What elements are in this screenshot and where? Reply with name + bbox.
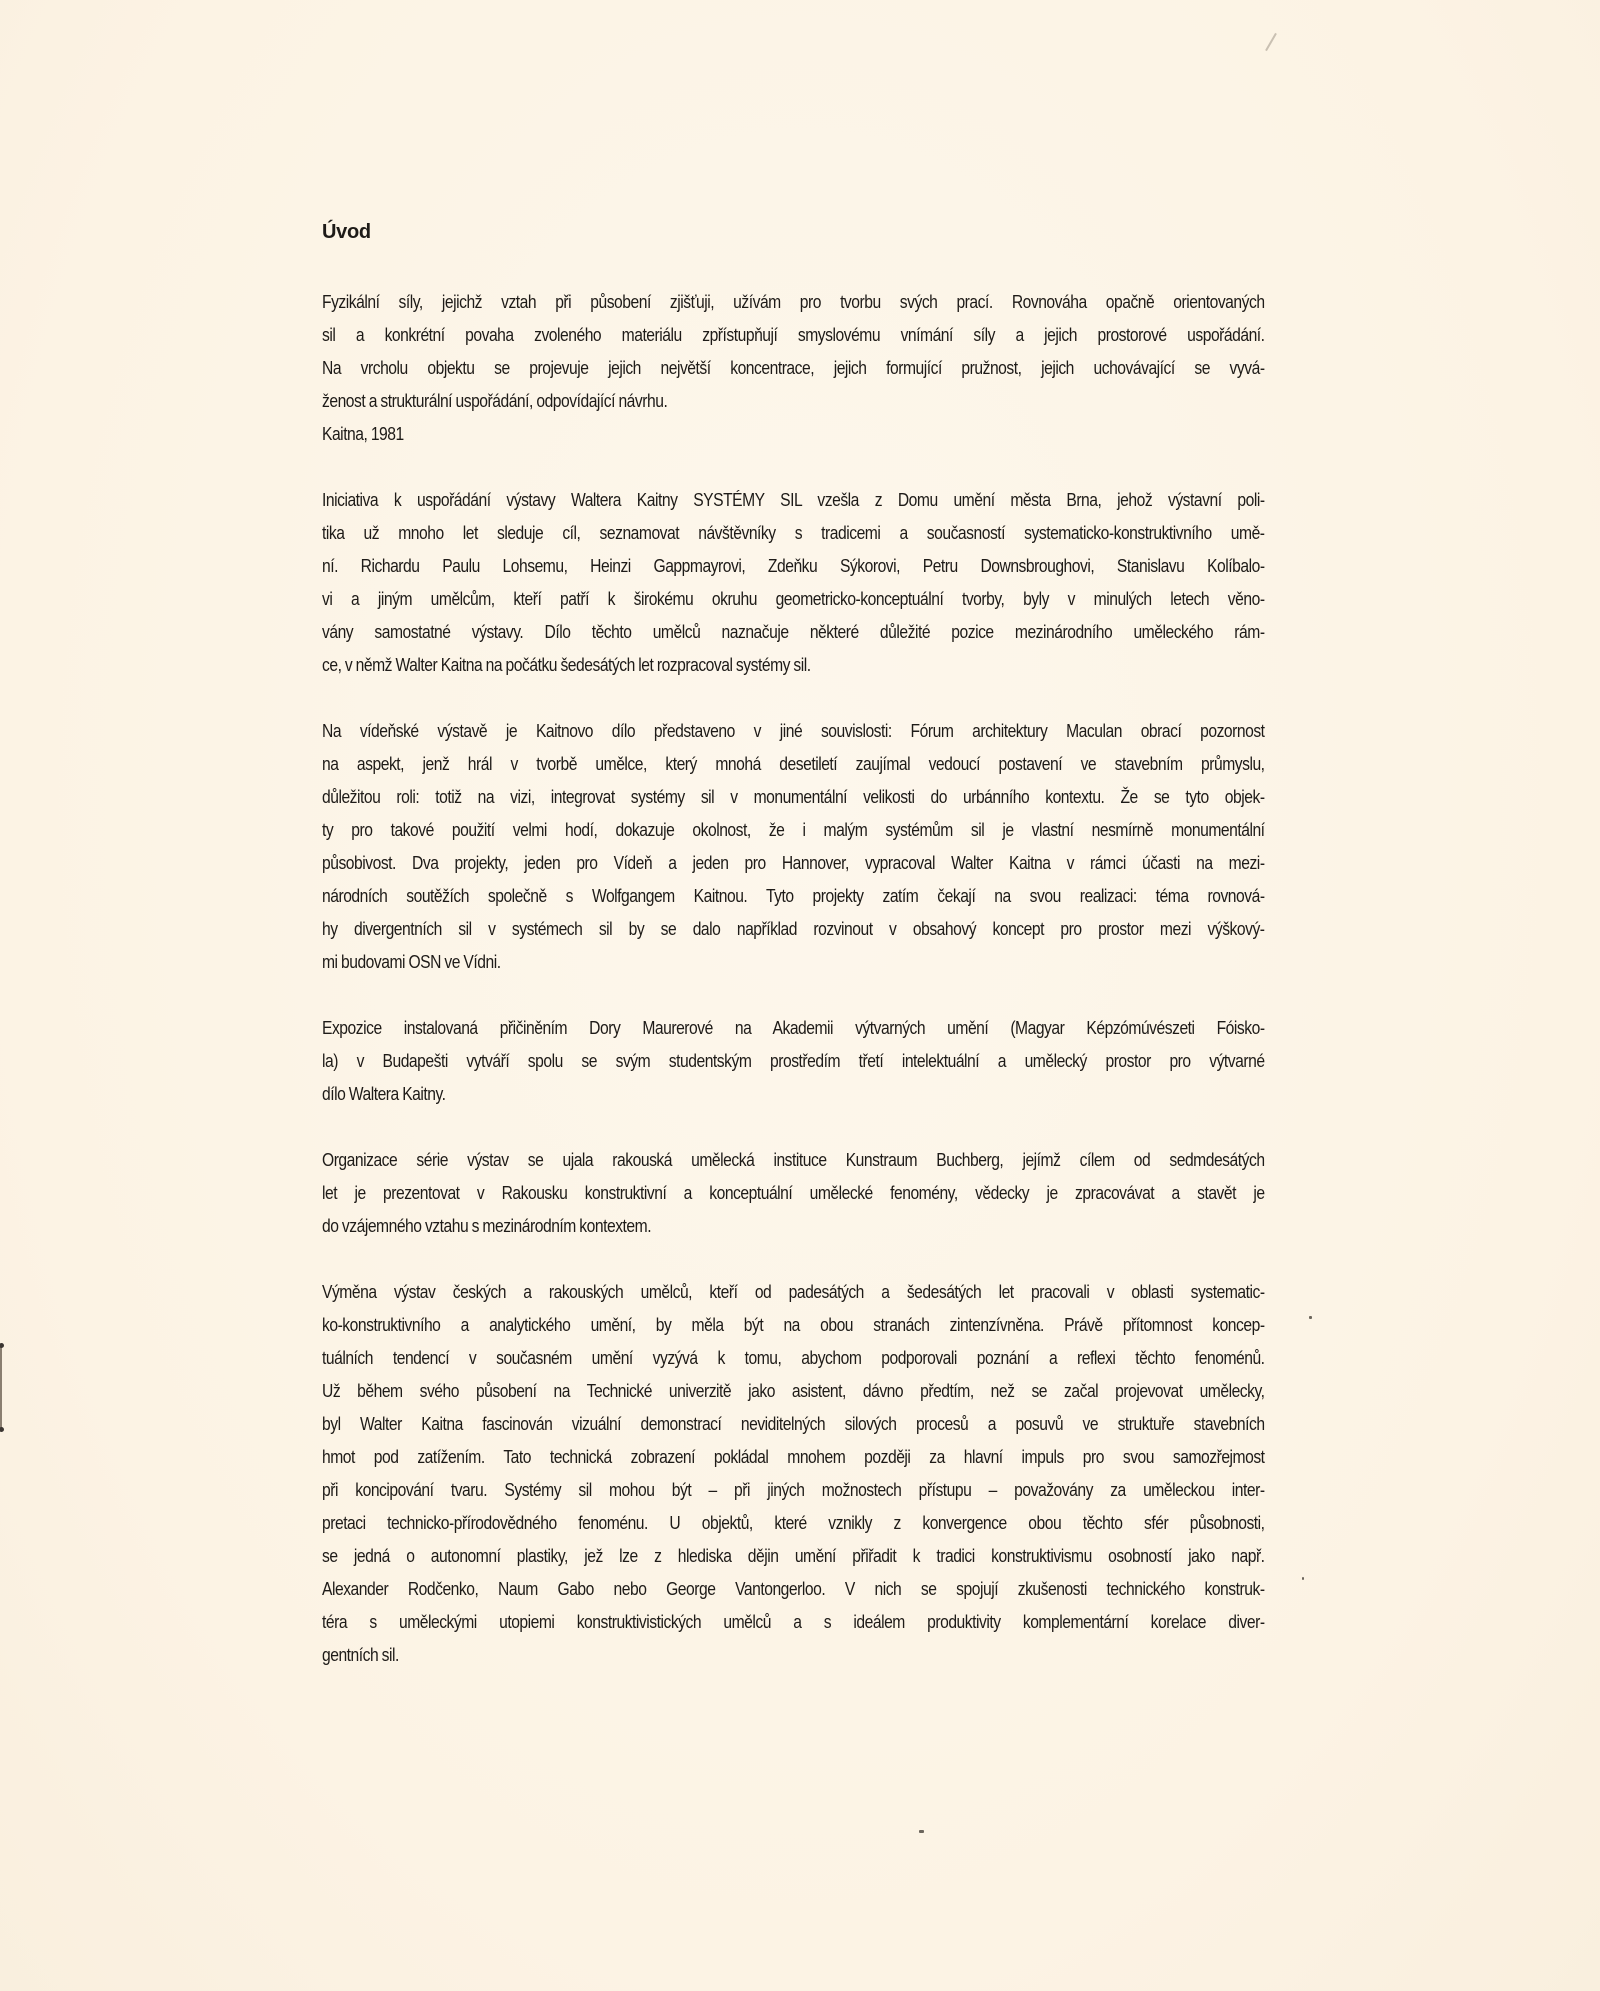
text-line: let je prezentovat v Rakousku konstrukti… (322, 1177, 1265, 1210)
text-line: Organizace série výstav se ujala rakousk… (322, 1144, 1265, 1177)
text-line: národních soutěžích společně s Wolfgange… (322, 880, 1265, 913)
text-line: sil a konkrétní povaha zvoleného materiá… (322, 319, 1265, 352)
paper-speck (1309, 1316, 1312, 1319)
paper-scratch-mark (1265, 33, 1277, 51)
text-line: gentních sil. (322, 1639, 1265, 1672)
text-line: tuálních tendencí v současném umění vyzý… (322, 1342, 1265, 1375)
text-line: Expozice instalovaná přičiněním Dory Mau… (322, 1012, 1265, 1045)
text-line: tika už mnoho let sleduje cíl, seznamova… (322, 517, 1265, 550)
text-line: téra s uměleckými utopiemi konstruktivis… (322, 1606, 1265, 1639)
paragraph-budapest: Expozice instalovaná přičiněním Dory Mau… (322, 1012, 1265, 1111)
text-line: pretaci technicko-přírodovědného fenomén… (322, 1507, 1265, 1540)
text-line: Na vrcholu objektu se projevuje jejich n… (322, 352, 1265, 385)
text-line: hmot pod zatížením. Tato technická zobra… (322, 1441, 1265, 1474)
text-line: la) v Budapešti vytváří spolu se svým st… (322, 1045, 1265, 1078)
paper-speck (1302, 1577, 1304, 1580)
page-heading: Úvod (322, 216, 1264, 248)
document-body: Úvod Fyzikální síly, jejichž vztah při p… (322, 216, 1264, 1672)
text-line: Iniciativa k uspořádání výstavy Waltera … (322, 484, 1265, 517)
text-line: byl Walter Kaitna fascinován vizuální de… (322, 1408, 1265, 1441)
text-line: Fyzikální síly, jejichž vztah při působe… (322, 286, 1265, 319)
paragraph-exchange: Výměna výstav českých a rakouských umělc… (322, 1276, 1265, 1672)
paragraph-initiative: Iniciativa k uspořádání výstavy Waltera … (322, 484, 1265, 682)
text-line: vi a jiným umělcům, kteří patří k široké… (322, 583, 1265, 616)
binding-staple-mark (0, 1345, 5, 1430)
text-line: se jedná o autonomní plastiky, jež lze z… (322, 1540, 1265, 1573)
quote-attribution: Kaitna, 1981 (322, 418, 1265, 451)
text-line: na aspekt, jenž hrál v tvorbě umělce, kt… (322, 748, 1265, 781)
text-line: ženost a strukturální uspořádání, odpoví… (322, 385, 1265, 418)
text-line: hy divergentních sil v systémech sil by … (322, 913, 1265, 946)
text-line: ty pro takové použití velmi hodí, dokazu… (322, 814, 1265, 847)
paragraph-quote: Fyzikální síly, jejichž vztah při působe… (322, 286, 1265, 451)
paper-speck (919, 1830, 924, 1833)
text-line: do vzájemného vztahu s mezinárodním kont… (322, 1210, 1265, 1243)
text-line: mi budovami OSN ve Vídni. (322, 946, 1265, 979)
text-line: důležitou roli: totiž na vizi, integrova… (322, 781, 1265, 814)
text-line: vány samostatné výstavy. Dílo těchto umě… (322, 616, 1265, 649)
paragraph-vienna: Na vídeňské výstavě je Kaitnovo dílo pře… (322, 715, 1265, 979)
text-line: při koncipování tvaru. Systémy sil mohou… (322, 1474, 1265, 1507)
paragraph-organization: Organizace série výstav se ujala rakousk… (322, 1144, 1265, 1243)
text-line: dílo Waltera Kaitny. (322, 1078, 1265, 1111)
text-line: Už během svého působení na Technické uni… (322, 1375, 1265, 1408)
document-page: Úvod Fyzikální síly, jejichž vztah při p… (0, 0, 1600, 1991)
text-line: Výměna výstav českých a rakouských umělc… (322, 1276, 1265, 1309)
text-line: Alexander Rodčenko, Naum Gabo nebo Georg… (322, 1573, 1265, 1606)
text-line: působivost. Dva projekty, jeden pro Víde… (322, 847, 1265, 880)
text-line: ce, v němž Walter Kaitna na počátku šede… (322, 649, 1265, 682)
text-line: ní. Richardu Paulu Lohsemu, Heinzi Gappm… (322, 550, 1265, 583)
text-line: ko-konstruktivního a analytického umění,… (322, 1309, 1265, 1342)
text-line: Na vídeňské výstavě je Kaitnovo dílo pře… (322, 715, 1265, 748)
